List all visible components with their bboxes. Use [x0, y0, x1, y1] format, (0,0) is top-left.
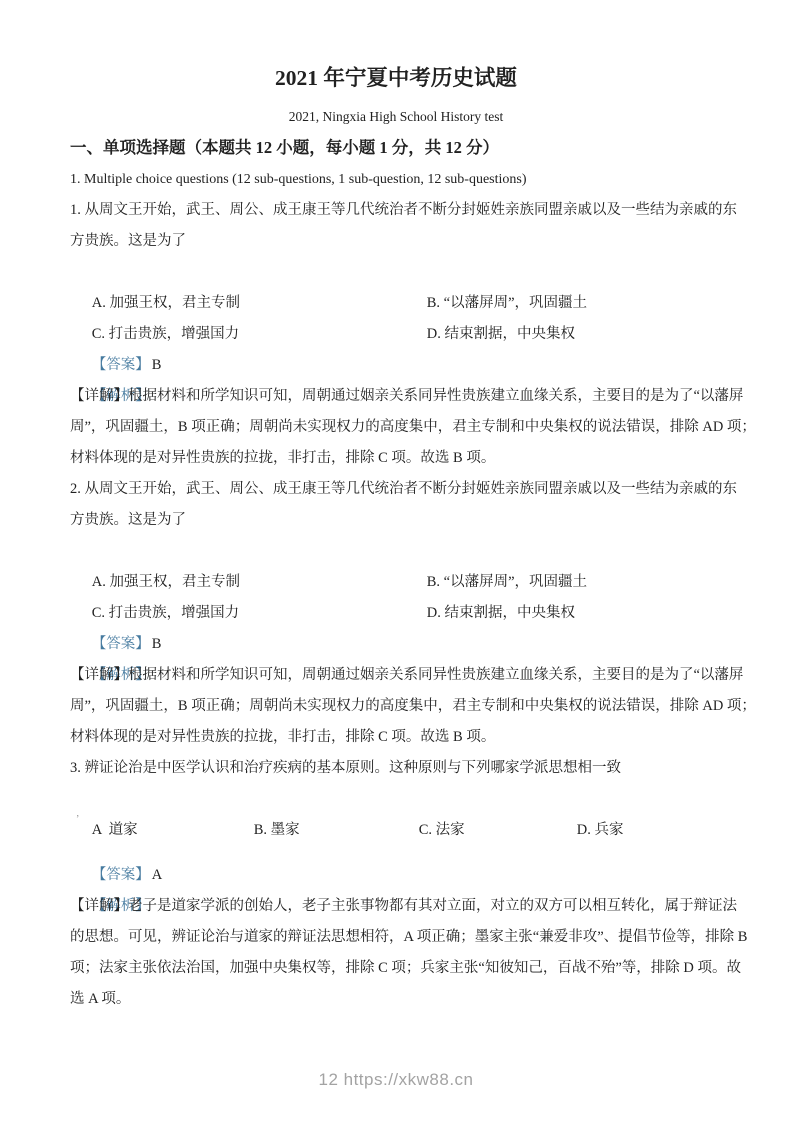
q3-answer-value: A [152, 867, 162, 883]
q2-answer-value: B [152, 636, 162, 652]
q3-answer-label: 【答案】 [92, 867, 150, 883]
section-heading-en: 1. Multiple choice questions (12 sub-que… [70, 165, 722, 195]
q1-option-b: B. “以藩屏周”，巩固疆土 [427, 295, 587, 311]
q1-detail-line-1: 【详解】根据材料和所学知识可知，周朝通过姻亲关系同异性贵族建立血缘关系，主要目的… [70, 381, 722, 412]
q2-stem-line-1: 2. 从周文王开始，武王、周公、成王康王等几代统治者不断分封姬姓亲族同盟亲戚以及… [70, 474, 722, 505]
q1-options-row-1: A. 加强王权，君主专制B. “以藩屏周”，巩固疆土 [70, 257, 722, 288]
q1-analysis-line: 【解析】 [70, 350, 722, 381]
section-heading: 一、单项选择题（本题共 12 小题，每小题 1 分，共 12 分） [70, 133, 722, 163]
q1-detail-line-2: 周”，巩固疆土，B 项正确；周朝尚未实现权力的高度集中，君主专制和中央集权的说法… [70, 412, 722, 443]
page-subtitle: 2021, Ningxia High School History test [70, 104, 722, 130]
q3-detail-line-2: 的思想。可见，辨证论治与道家的辩证法思想相符，A 项正确；墨家主张“兼爱非攻”、… [70, 922, 722, 953]
q2-option-d: D. 结束割据，中央集权 [427, 605, 575, 621]
q2-detail-line-2: 周”，巩固疆土，B 项正确；周朝尚未实现权力的高度集中，君主专制和中央集权的说法… [70, 691, 722, 722]
q2-option-c: C. 打击贵族，增强国力 [92, 598, 427, 629]
q1-detail-line-3: 材料体现的是对异性贵族的拉拢，非打击，排除 C 项。故选 B 项。 [70, 443, 722, 474]
footer-watermark-text: 12 https://xkw88.cn [70, 1067, 722, 1093]
question-block-3: 3. 辨证论治是中医学认识和治疗疾病的基本原则。这种原则与下列哪家学派思想相一致… [70, 753, 722, 1015]
question-block-1: 1. 从周文王开始，武王、周公、成王康王等几代统治者不断分封姬姓亲族同盟亲戚以及… [70, 195, 722, 474]
q2-options-row-1: A. 加强王权，君主专制B. “以藩屏周”，巩固疆土 [70, 536, 722, 567]
q3-analysis-line: 【解析】 [70, 860, 722, 891]
q2-option-a: A. 加强王权，君主专制 [92, 567, 427, 598]
q1-option-a: A. 加强王权，君主专制 [92, 288, 427, 319]
q3-stem-line-1: 3. 辨证论治是中医学认识和治疗疾病的基本原则。这种原则与下列哪家学派思想相一致 [70, 753, 722, 784]
q2-answer-label: 【答案】 [92, 636, 150, 652]
q2-stem-line-2: 方贵族。这是为了 [70, 505, 722, 536]
q2-analysis-line: 【解析】 [70, 629, 722, 660]
q3-option-d: D. 兵家 [577, 822, 624, 838]
q3-option-a: A 道家 [92, 815, 254, 846]
page-title: 2021 年宁夏中考历史试题 [70, 61, 722, 95]
q1-stem-line-2: 方贵族。这是为了 [70, 226, 722, 257]
q3-option-b: B. 墨家 [254, 815, 419, 846]
q1-option-c: C. 打击贵族，增强国力 [92, 319, 427, 350]
q3-detail-line-4: 选 A 项。 [70, 984, 722, 1015]
document-page: 2021 年宁夏中考历史试题 2021, Ningxia High School… [0, 61, 793, 1093]
q1-answer-label: 【答案】 [92, 357, 150, 373]
q1-stem-line-1: 1. 从周文王开始，武王、周公、成王康王等几代统治者不断分封姬姓亲族同盟亲戚以及… [70, 195, 722, 226]
q3-detail-line-1: 【详解】老子是道家学派的创始人，老子主张事物都有其对立面，对立的双方可以相互转化… [70, 891, 722, 922]
q3-options-row: A 道家B. 墨家C. 法家D. 兵家 [70, 784, 722, 815]
question-block-2: 2. 从周文王开始，武王、周公、成王康王等几代统治者不断分封姬姓亲族同盟亲戚以及… [70, 474, 722, 753]
q3-detail-line-3: 项；法家主张依法治国，加强中央集权等，排除 C 项；兵家主张“知彼知己，百战不殆… [70, 953, 722, 984]
q2-option-b: B. “以藩屏周”，巩固疆土 [427, 574, 587, 590]
q3-option-c: C. 法家 [419, 815, 577, 846]
q2-detail-line-3: 材料体现的是对异性贵族的拉拢，非打击，排除 C 项。故选 B 项。 [70, 722, 722, 753]
q1-option-d: D. 结束割据，中央集权 [427, 326, 575, 342]
q2-detail-line-1: 【详解】根据材料和所学知识可知，周朝通过姻亲关系同异性贵族建立血缘关系，主要目的… [70, 660, 722, 691]
q1-answer-value: B [152, 357, 162, 373]
